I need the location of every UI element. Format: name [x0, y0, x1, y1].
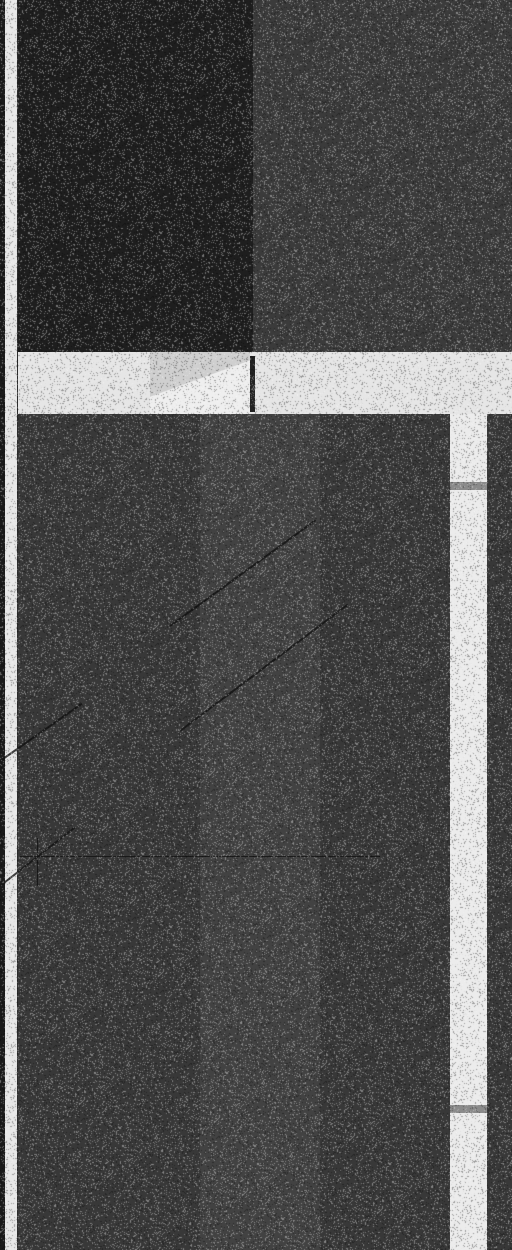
- road-surface-image: [0, 0, 512, 1250]
- asphalt-texture: [0, 0, 512, 1250]
